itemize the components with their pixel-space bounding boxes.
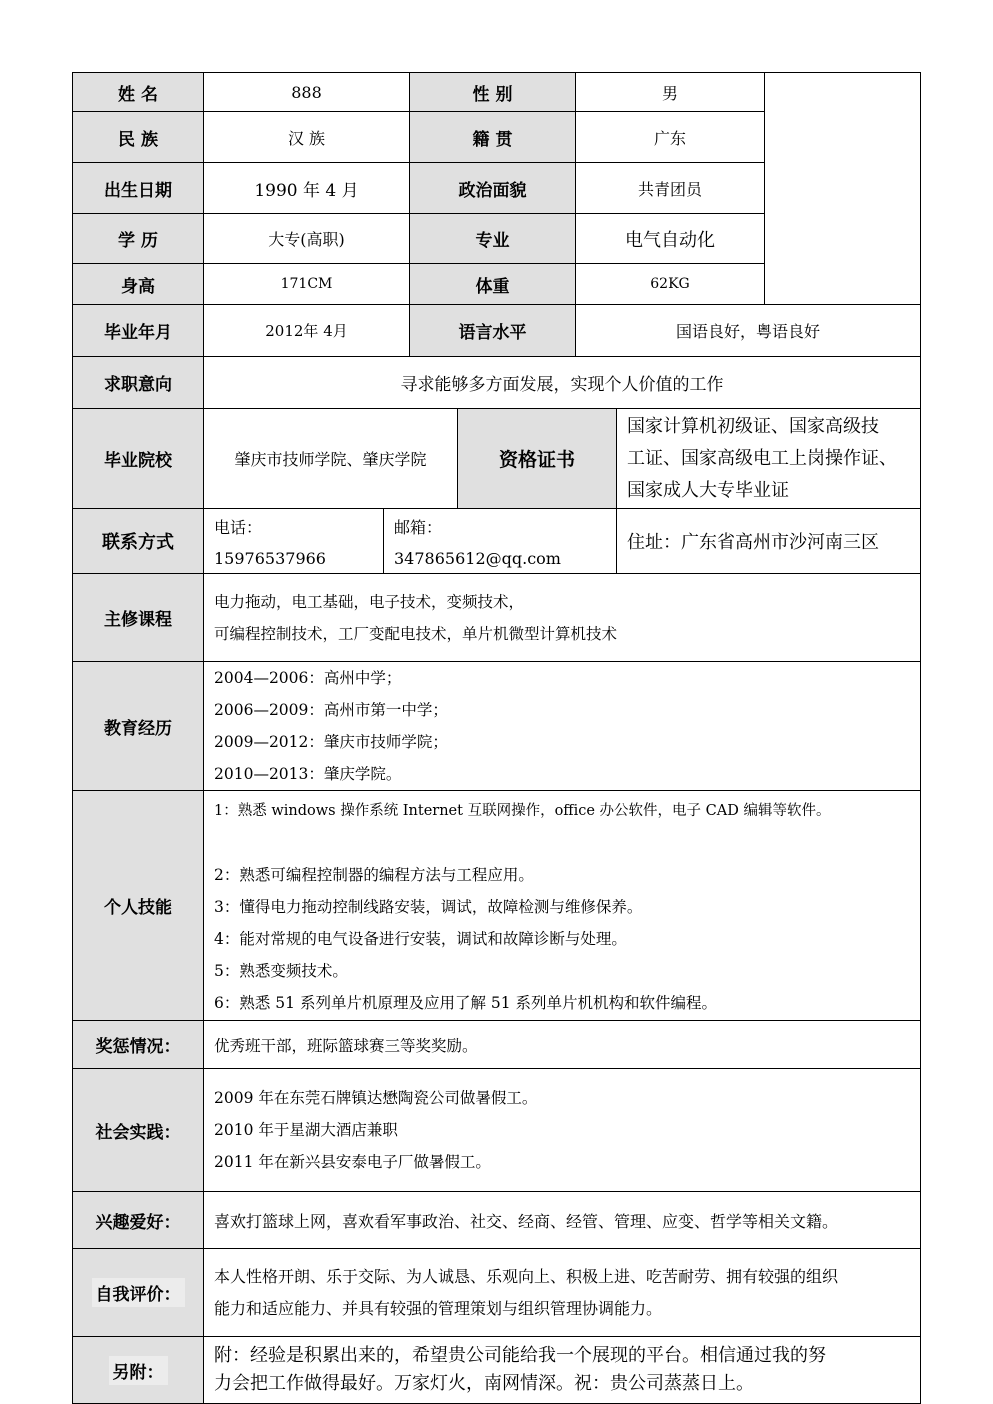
education-label: 学 历	[72, 213, 204, 264]
hobbies-value: 喜欢打篮球上网，喜欢看军事政治、社交、经商、经管、管理、应变、哲学等相关文籍。	[203, 1191, 921, 1249]
gender-value: 男	[575, 72, 765, 112]
skill-line: 3：懂得电力拖动控制线路安装，调试，故障检测与维修保养。	[214, 891, 642, 923]
major-value: 电气自动化	[575, 213, 765, 264]
political-value: 共青团员	[575, 162, 765, 214]
skill-line: 5：熟悉变频技术。	[214, 955, 348, 987]
certificate-line: 国家计算机初级证、国家高级技	[627, 411, 879, 443]
language-label: 语言水平	[409, 304, 576, 357]
weight-label: 体重	[409, 263, 576, 305]
evaluation-line: 本人性格开朗、乐于交际、为人诚恳、乐观向上、积极上进、吃苦耐劳、拥有较强的组织	[214, 1261, 838, 1293]
education-line: 2009—2012：肇庆市技师学院；	[214, 726, 448, 758]
practice-line: 2009 年在东莞石牌镇达懋陶瓷公司做暑假工。	[214, 1082, 537, 1114]
appendix-list: 附：经验是积累出来的，希望贵公司能给我一个展现的平台。相信通过我的努 力会把工作…	[203, 1336, 921, 1404]
phone-label: 电话：	[214, 515, 262, 538]
education-history-label: 教育经历	[72, 661, 204, 791]
height-value: 171CM	[203, 263, 410, 305]
appendix-line: 力会把工作做得最好。万家灯火，南网情深。祝：贵公司蒸蒸日上。	[214, 1370, 754, 1398]
social-practice-label: 社会实践：	[72, 1068, 204, 1192]
phone-value: 15976537966	[214, 549, 326, 568]
origin-label: 籍 贯	[409, 111, 576, 163]
appendix-line: 附：经验是积累出来的，希望贵公司能给我一个展现的平台。相信通过我的努	[214, 1342, 826, 1370]
education-line: 2004—2006：高州中学；	[214, 662, 401, 694]
self-evaluation-list: 本人性格开朗、乐于交际、为人诚恳、乐观向上、积极上进、吃苦耐劳、拥有较强的组织 …	[203, 1248, 921, 1337]
courses-list: 电力拖动，电工基础，电子技术，变频技术， 可编程控制技术，工厂变配电技术，单片机…	[203, 573, 921, 662]
skills-list: 1：熟悉 windows 操作系统 Internet 互联网操作，office …	[203, 790, 921, 1021]
skill-line: 2：熟悉可编程控制器的编程方法与工程应用。	[214, 859, 534, 891]
awards-value: 优秀班干部，班际篮球赛三等奖奖励。	[203, 1020, 921, 1069]
skill-line: 1：熟悉 windows 操作系统 Internet 互联网操作，office …	[214, 795, 830, 827]
awards-label: 奖惩情况：	[72, 1020, 204, 1069]
name-value: 888	[203, 72, 410, 112]
graduation-date-value: 2012年 4月	[203, 304, 410, 357]
ethnicity-value: 汉 族	[203, 111, 410, 163]
job-intention-label: 求职意向	[72, 356, 204, 409]
phone-cell: 电话： 15976537966	[203, 508, 384, 574]
ethnicity-label: 民 族	[72, 111, 204, 163]
height-label: 身高	[72, 263, 204, 305]
school-value: 肇庆市技师学院、肇庆学院	[203, 408, 458, 509]
birth-label: 出生日期	[72, 162, 204, 214]
skill-line: 6：熟悉 51 系列单片机原理及应用了解 51 系列单片机机构和软件编程。	[214, 987, 717, 1019]
practice-line: 2010 年于星湖大酒店兼职	[214, 1114, 398, 1146]
email-label: 邮箱：	[394, 515, 442, 538]
social-practice-list: 2009 年在东莞石牌镇达懋陶瓷公司做暑假工。 2010 年于星湖大酒店兼职 2…	[203, 1068, 921, 1192]
education-line: 2010—2013：肇庆学院。	[214, 758, 401, 790]
language-value: 国语良好，粤语良好	[575, 304, 921, 357]
origin-value: 广东	[575, 111, 765, 163]
contact-label: 联系方式	[72, 508, 204, 574]
certificate-label: 资格证书	[457, 408, 617, 509]
political-label: 政治面貌	[409, 162, 576, 214]
gender-label: 性 别	[409, 72, 576, 112]
school-label: 毕业院校	[72, 408, 204, 509]
graduation-date-label: 毕业年月	[72, 304, 204, 357]
birth-value: 1990 年 4 月	[203, 162, 410, 214]
name-label: 姓 名	[72, 72, 204, 112]
address-value: 住址：广东省高州市沙河南三区	[616, 508, 921, 574]
skill-line: 4：能对常规的电气设备进行安装，调试和故障诊断与处理。	[214, 923, 627, 955]
courses-label: 主修课程	[72, 573, 204, 662]
course-line: 可编程控制技术，工厂变配电技术，单片机微型计算机技术	[214, 618, 617, 650]
hobbies-label: 兴趣爱好：	[72, 1191, 204, 1249]
major-label: 专业	[409, 213, 576, 264]
certificate-list: 国家计算机初级证、国家高级技 工证、国家高级电工上岗操作证、 国家成人大专毕业证	[616, 408, 921, 509]
photo-placeholder	[764, 72, 921, 305]
email-value: 347865612@qq.com	[394, 549, 561, 568]
practice-line: 2011 年在新兴县安泰电子厂做暑假工。	[214, 1146, 491, 1178]
appendix-label: 另附：	[72, 1336, 204, 1404]
education-history-list: 2004—2006：高州中学； 2006—2009：高州市第一中学； 2009—…	[203, 661, 921, 791]
certificate-line: 国家成人大专毕业证	[627, 475, 789, 507]
self-evaluation-label: 自我评价：	[72, 1248, 204, 1337]
course-line: 电力拖动，电工基础，电子技术，变频技术，	[214, 586, 524, 618]
job-intention-value: 寻求能够多方面发展，实现个人价值的工作	[203, 356, 921, 409]
education-line: 2006—2009：高州市第一中学；	[214, 694, 448, 726]
email-cell: 邮箱： 347865612@qq.com	[383, 508, 617, 574]
evaluation-line: 能力和适应能力、并具有较强的管理策划与组织管理协调能力。	[214, 1293, 662, 1325]
weight-value: 62KG	[575, 263, 765, 305]
education-value: 大专(高职)	[203, 213, 410, 264]
skills-label: 个人技能	[72, 790, 204, 1021]
certificate-line: 工证、国家高级电工上岗操作证、	[627, 443, 897, 475]
